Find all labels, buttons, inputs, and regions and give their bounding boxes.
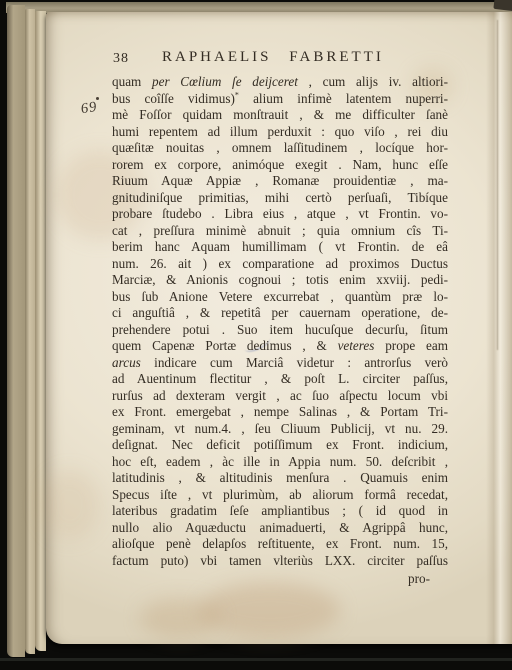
annotation-ink-dot bbox=[96, 97, 99, 100]
text-line: latitudinis , & altitudinis menſura . Qu… bbox=[112, 470, 448, 487]
text-line: humi repentem ad illum perduxit : quo vi… bbox=[112, 124, 448, 141]
text-line: rorem ex corpore, animóque exegit . Nam,… bbox=[112, 157, 448, 174]
text-line: ci anguſtiâ , & repetitâ per cauernam op… bbox=[112, 305, 448, 322]
text-line: nullo alio Aquæductu animaduerti, & Agri… bbox=[112, 520, 448, 537]
text-line: alioſque penè delapſos reſtituente, ex F… bbox=[112, 536, 448, 553]
fore-edge-crease bbox=[497, 20, 498, 350]
book-cover-edge bbox=[7, 5, 25, 657]
foxing-stain bbox=[200, 582, 340, 638]
text-line: quem Capenæ Portæ dedimus , & veteres pr… bbox=[112, 338, 448, 355]
text-line: probare ſtudebo . Libra eius , atque , v… bbox=[112, 206, 448, 223]
text-line: gnitudiniſque primitias, mihi certò perſ… bbox=[112, 190, 448, 207]
text-line: hoc eſt, eadem , àc ille in Appia num. 5… bbox=[112, 454, 448, 471]
text-line: arcus indicare cum Marciâ videtur : antr… bbox=[112, 355, 448, 372]
text-line: mè Foſſor quidam monſtrauit , & me diffi… bbox=[112, 107, 448, 124]
page-number: 38 bbox=[113, 51, 129, 67]
text-line: ex Front. emergebat , nempe Salinas , & … bbox=[112, 404, 448, 421]
text-line: ad Auentinum flectitur , & poſt L. circi… bbox=[112, 371, 448, 388]
text-block: quam per Cœlium ſe deijceret , cum alijs… bbox=[112, 74, 448, 569]
text-line: quam per Cœlium ſe deijceret , cum alijs… bbox=[112, 74, 448, 91]
text-line: deſignat. Nec deficit potiſſimum ex Fron… bbox=[112, 437, 448, 454]
photo-of-book-page: { "book": { "page_number": "38", "runnin… bbox=[0, 0, 512, 670]
text-line: bus coîſſe vidimus)* alium infimè latent… bbox=[112, 91, 448, 108]
text-line: Marciæ, & Anionis cognoui ; totis enim x… bbox=[112, 272, 448, 289]
table-edge-highlight bbox=[0, 658, 512, 661]
text-line: cat , preſſura minimè abnuit ; quia omni… bbox=[112, 223, 448, 240]
catchword: pro- bbox=[112, 571, 448, 587]
text-line: prehendere potui . Suo item hucuſque dec… bbox=[112, 322, 448, 339]
text-line: rurſus ad dexteram vergit , ac ſuo aſpec… bbox=[112, 388, 448, 405]
handwritten-margin-note: 69 bbox=[80, 99, 99, 118]
text-line: factum puto) vbi tamen vlteriùs LXX. cir… bbox=[112, 553, 448, 570]
text-line: geminam, vt num.4. , ſeu Cliuum Publicij… bbox=[112, 421, 448, 438]
text-line: lateribus gradatim ſeſe ampliantibus ; (… bbox=[112, 503, 448, 520]
text-line: num. 26. ait ) ex comparatione ad proxim… bbox=[112, 256, 448, 273]
text-line: bus ſub Anione Vetere excurrebat , quant… bbox=[112, 289, 448, 306]
page-stack-edge bbox=[35, 11, 46, 651]
text-line: berim hanc Aquam humillimam ( vt Frontin… bbox=[112, 239, 448, 256]
page-stack-edge bbox=[25, 9, 35, 654]
fore-edge-shading bbox=[486, 12, 512, 644]
foxing-stain bbox=[40, 470, 100, 540]
running-title: RAPHAELIS FABRETTI bbox=[162, 49, 384, 66]
foxing-stain bbox=[140, 598, 220, 638]
text-line: quæſitæ nouitas , omnem laſſitudinem , l… bbox=[112, 140, 448, 157]
text-line: Riuum Aquæ Appiæ , Romanæ prouidentiæ , … bbox=[112, 173, 448, 190]
text-line: Specus iſte , vt plurimùm, ab aliorum fo… bbox=[112, 487, 448, 504]
